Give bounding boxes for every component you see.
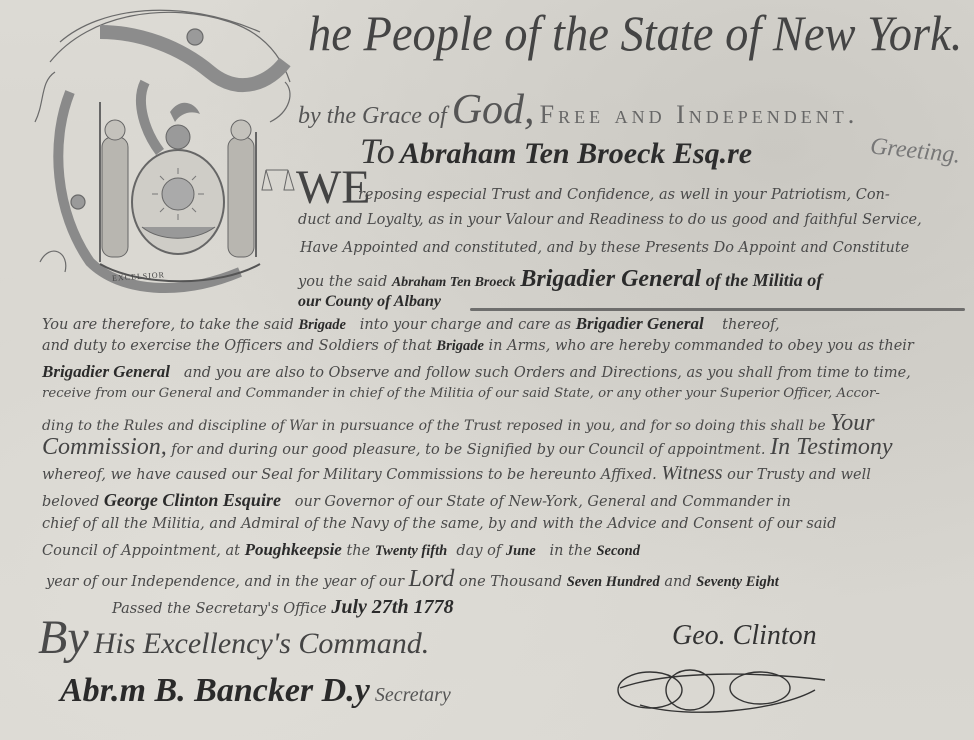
addressee-line: To Abraham Ten Broeck Esq.re bbox=[360, 130, 752, 172]
body-line-14: chief of all the Militia, and Admiral of… bbox=[42, 516, 836, 532]
governor-name: George Clinton Esquire bbox=[104, 490, 281, 510]
grace-god: God, bbox=[452, 87, 535, 133]
rank-2: Brigadier General bbox=[576, 314, 704, 333]
unit: Brigade bbox=[298, 317, 346, 333]
addressee-name: Abraham Ten Broeck Esq.re bbox=[400, 137, 752, 170]
in-testimony: In Testimony bbox=[770, 434, 892, 460]
appointee-name: Abraham Ten Broeck bbox=[392, 275, 516, 290]
body-line-4: you the said Abraham Ten Broeck Brigadie… bbox=[298, 266, 822, 293]
document-sheet: EXCELSIOR he People of the State of New … bbox=[0, 0, 974, 740]
county: our County of Albany bbox=[298, 293, 441, 310]
commission: Commission, bbox=[42, 434, 167, 460]
his-excellencys-command: His Excellency's Command. bbox=[94, 627, 430, 660]
witness: Witness bbox=[661, 462, 722, 484]
body-line-12: whereof, we have caused our Seal for Mil… bbox=[42, 462, 871, 485]
fill-rule bbox=[470, 308, 965, 311]
secretary-signature: Abr.m B. Bancker D.y bbox=[60, 672, 370, 709]
body-line-11: Commission, for and during our good plea… bbox=[42, 434, 893, 461]
governor-signature: Geo. Clinton bbox=[610, 610, 830, 720]
body-line-2: duct and Loyalty, as in your Valour and … bbox=[298, 212, 922, 228]
ornamental-initial-with-coat-of-arms bbox=[30, 2, 300, 300]
month: June bbox=[506, 543, 536, 559]
body-line-6: You are therefore, to take the said Brig… bbox=[42, 314, 780, 334]
coat-of-arms-icon bbox=[30, 2, 300, 300]
body-line-3: Have Appointed and constituted, and by t… bbox=[300, 240, 909, 256]
body-line-7: and duty to exercise the Officers and So… bbox=[42, 338, 914, 355]
free-and-independent: Free and Independent. bbox=[540, 100, 859, 129]
year-words-end: Seventy Eight bbox=[696, 574, 779, 590]
governor-signature-text: Geo. Clinton bbox=[672, 620, 817, 652]
year-of-independence: Second bbox=[596, 543, 640, 559]
body-line-8: Brigadier General and you are also to Ob… bbox=[42, 362, 911, 382]
your: Your bbox=[830, 410, 874, 436]
rank: Brigadier General bbox=[520, 266, 701, 292]
by-initial: By bbox=[38, 611, 89, 664]
body-line-1: reposing especial Trust and Confidence, … bbox=[358, 187, 890, 203]
body-line-10: ding to the Rules and discipline of War … bbox=[42, 410, 875, 437]
document-title: he People of the State of New York. bbox=[308, 4, 962, 62]
body-line-13: beloved George Clinton Esquire our Gover… bbox=[42, 490, 791, 511]
body-line-5: our County of Albany bbox=[298, 293, 441, 311]
greeting: Greeting. bbox=[869, 133, 962, 169]
unit-2: Brigade bbox=[436, 338, 484, 354]
day: Twenty fifth bbox=[375, 543, 447, 559]
place: Poughkeepsie bbox=[245, 540, 342, 559]
body-line-16: year of our Independence, and in the yea… bbox=[46, 566, 779, 593]
of-the-militia: of the Militia of bbox=[706, 270, 823, 290]
grace-line: by the Grace of God, Free and Independen… bbox=[298, 86, 858, 134]
grace-prefix: by the Grace of bbox=[298, 103, 447, 129]
by-command-line: By His Excellency's Command. bbox=[38, 610, 429, 665]
secretary-title: Secretary bbox=[375, 684, 451, 706]
body-line-9: receive from our General and Commander i… bbox=[42, 386, 880, 401]
lord: Lord bbox=[409, 566, 455, 592]
rank-3: Brigadier General bbox=[42, 362, 170, 381]
year-words: Seven Hundred bbox=[567, 574, 660, 590]
body-line-15: Council of Appointment, at Poughkeepsie … bbox=[42, 540, 640, 560]
secretary-signature-line: Abr.m B. Bancker D.y Secretary bbox=[60, 672, 451, 710]
